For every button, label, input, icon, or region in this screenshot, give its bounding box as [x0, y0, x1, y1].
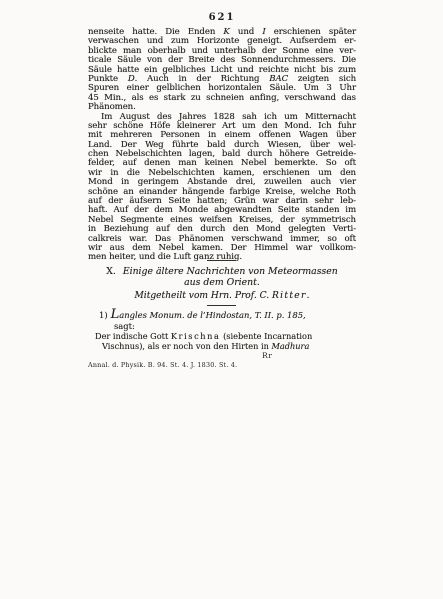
- text-line: Der indische Gott Krischna (siebente Inc…: [88, 331, 356, 341]
- author-name: Ritter: [272, 291, 307, 301]
- scanned-page: 621 nenseite hatte. Die Enden K und I er…: [0, 0, 443, 599]
- page-number: 621: [88, 12, 356, 23]
- signature-mark: Rr: [262, 351, 272, 360]
- section-heading: X.Einige ältere Nachrichten von Meteorma…: [88, 266, 356, 302]
- article-body: nenseite hatte. Die Enden K und I erschi…: [88, 28, 356, 263]
- text-segment: Vischnus), als er noch von den Hirten in: [102, 341, 272, 351]
- text-line: Vischnus), als er noch von den Hirten in…: [88, 341, 356, 351]
- citation-tail: sagt:: [88, 322, 356, 332]
- place-madhura: Madhura: [272, 341, 310, 351]
- citation-line: 1)Langles Monum. de l’Hindostan, T. II. …: [88, 309, 356, 322]
- journal-imprint: Annal. d. Physik. B. 94. St. 4. J. 1830.…: [88, 361, 237, 369]
- item-marker: 1): [99, 310, 111, 320]
- byline-period: .: [307, 291, 310, 301]
- footnote-citation: 1)Langles Monum. de l’Hindostan, T. II. …: [88, 309, 356, 351]
- section-title: X.Einige ältere Nachrichten von Meteorma…: [88, 266, 356, 277]
- section-title-text: Einige ältere Nachrichten von Meteormass…: [123, 266, 338, 277]
- section-numeral: X.: [106, 266, 123, 277]
- name-krischna: Krischna: [171, 331, 221, 341]
- citation-text: angles Monum. de l’Hindostan, T. II. p. …: [119, 310, 305, 320]
- citation-initial: L: [111, 307, 120, 322]
- text-line: men heiter, und die Luft ganz ruhig.: [88, 253, 356, 262]
- text-segment: (siebente Incarnation: [221, 331, 313, 341]
- divider-rule: [207, 260, 236, 261]
- byline: Mitgetheilt vom Hrn. Prof. C. Ritter.: [88, 291, 356, 302]
- byline-text: Mitgetheilt vom Hrn. Prof. C.: [134, 291, 272, 301]
- page-footer: Annal. d. Physik. B. 94. St. 4. J. 1830.…: [88, 352, 356, 364]
- text-segment: Der indische Gott: [95, 331, 171, 341]
- section-title-line2: aus dem Orient.: [88, 277, 356, 288]
- divider-rule: [207, 305, 236, 306]
